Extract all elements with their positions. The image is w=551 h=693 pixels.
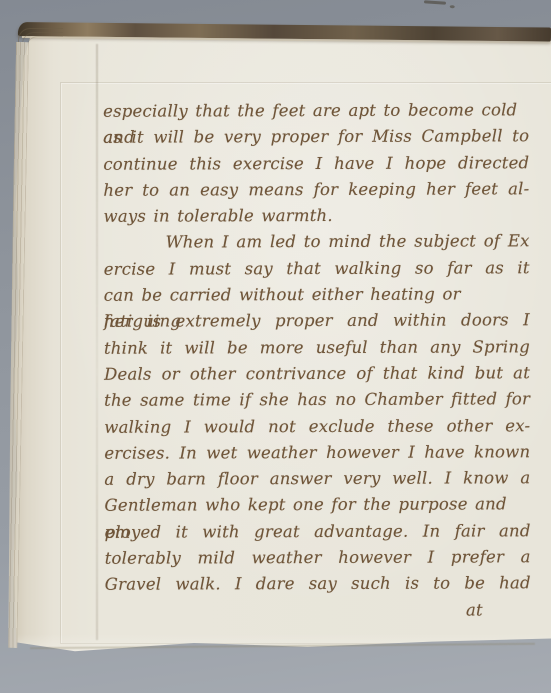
catchword: at: [105, 597, 531, 625]
dust-speck: [424, 0, 446, 5]
manuscript-line: walking I would not exclude these other …: [104, 413, 530, 441]
manuscript-line: continue this exercise I have I hope dir…: [103, 150, 529, 178]
manuscript-line: ways in tolerable warmth.: [103, 202, 529, 230]
manuscript-line: her to an easy means for keeping her fee…: [103, 176, 529, 204]
manuscript-line: Deals or other contrivance of that kind …: [104, 360, 530, 388]
manuscript-line: as it will be very proper for Miss Campb…: [103, 124, 529, 152]
manuscript-line: ployed it with great advantage. In fair …: [105, 518, 531, 546]
manuscript-line: a dry barn floor answer very well. I kno…: [104, 465, 530, 493]
manuscript-line: her is extremely proper and within doors…: [104, 308, 530, 336]
handwritten-text-block: especially that the feet are apt to beco…: [103, 97, 531, 624]
page-crease: [96, 44, 98, 640]
manuscript-line: the same time if she has no Chamber fitt…: [104, 387, 530, 415]
book-top-edge: [18, 22, 551, 42]
manuscript-line: Gentleman who kept one for the purpose a…: [104, 492, 530, 520]
manuscript-line: ercise I must say that walking so far as…: [104, 255, 530, 283]
manuscript-line: Gravel walk. I dare say such is to be ha…: [105, 571, 531, 599]
manuscript-line: think it will be more useful than any Sp…: [104, 334, 530, 362]
manuscript-line: ercises. In wet weather however I have k…: [104, 439, 530, 467]
photo-background: especially that the feet are apt to beco…: [0, 0, 551, 693]
manuscript-line: can be carried without either heating or…: [104, 281, 530, 309]
manuscript-line: When I am led to mind the subject of Ex: [104, 229, 530, 257]
manuscript-line: tolerably mild weather however I prefer …: [105, 544, 531, 572]
manuscript-line: especially that the feet are apt to beco…: [103, 97, 529, 125]
